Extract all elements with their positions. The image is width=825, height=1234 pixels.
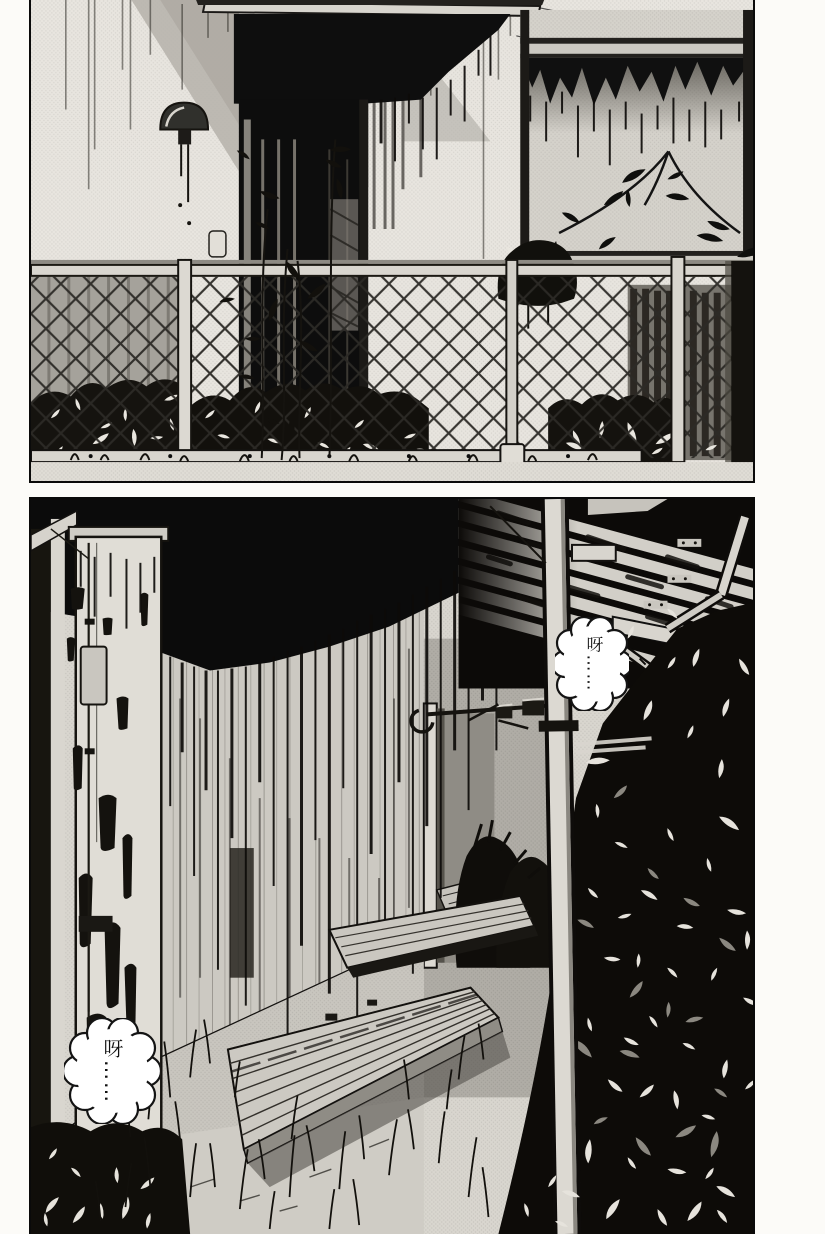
panel-2: 呀…… 呀…… — [29, 497, 755, 1234]
panel-1 — [29, 0, 755, 483]
speech-bubble-text: 呀…… — [584, 636, 601, 693]
bottom-left-plants — [31, 1122, 190, 1234]
window-frame-structure — [520, 10, 753, 277]
panel-1-artwork — [31, 0, 753, 481]
speech-bubble: 呀…… — [555, 617, 629, 711]
chain-link-fence — [31, 257, 753, 474]
speech-bubble: 呀…… — [64, 1018, 160, 1124]
manga-page: 呀…… 呀…… — [0, 0, 825, 1234]
corner-shadow-band — [725, 261, 753, 481]
speech-bubble-text: 呀…… — [102, 1038, 122, 1104]
